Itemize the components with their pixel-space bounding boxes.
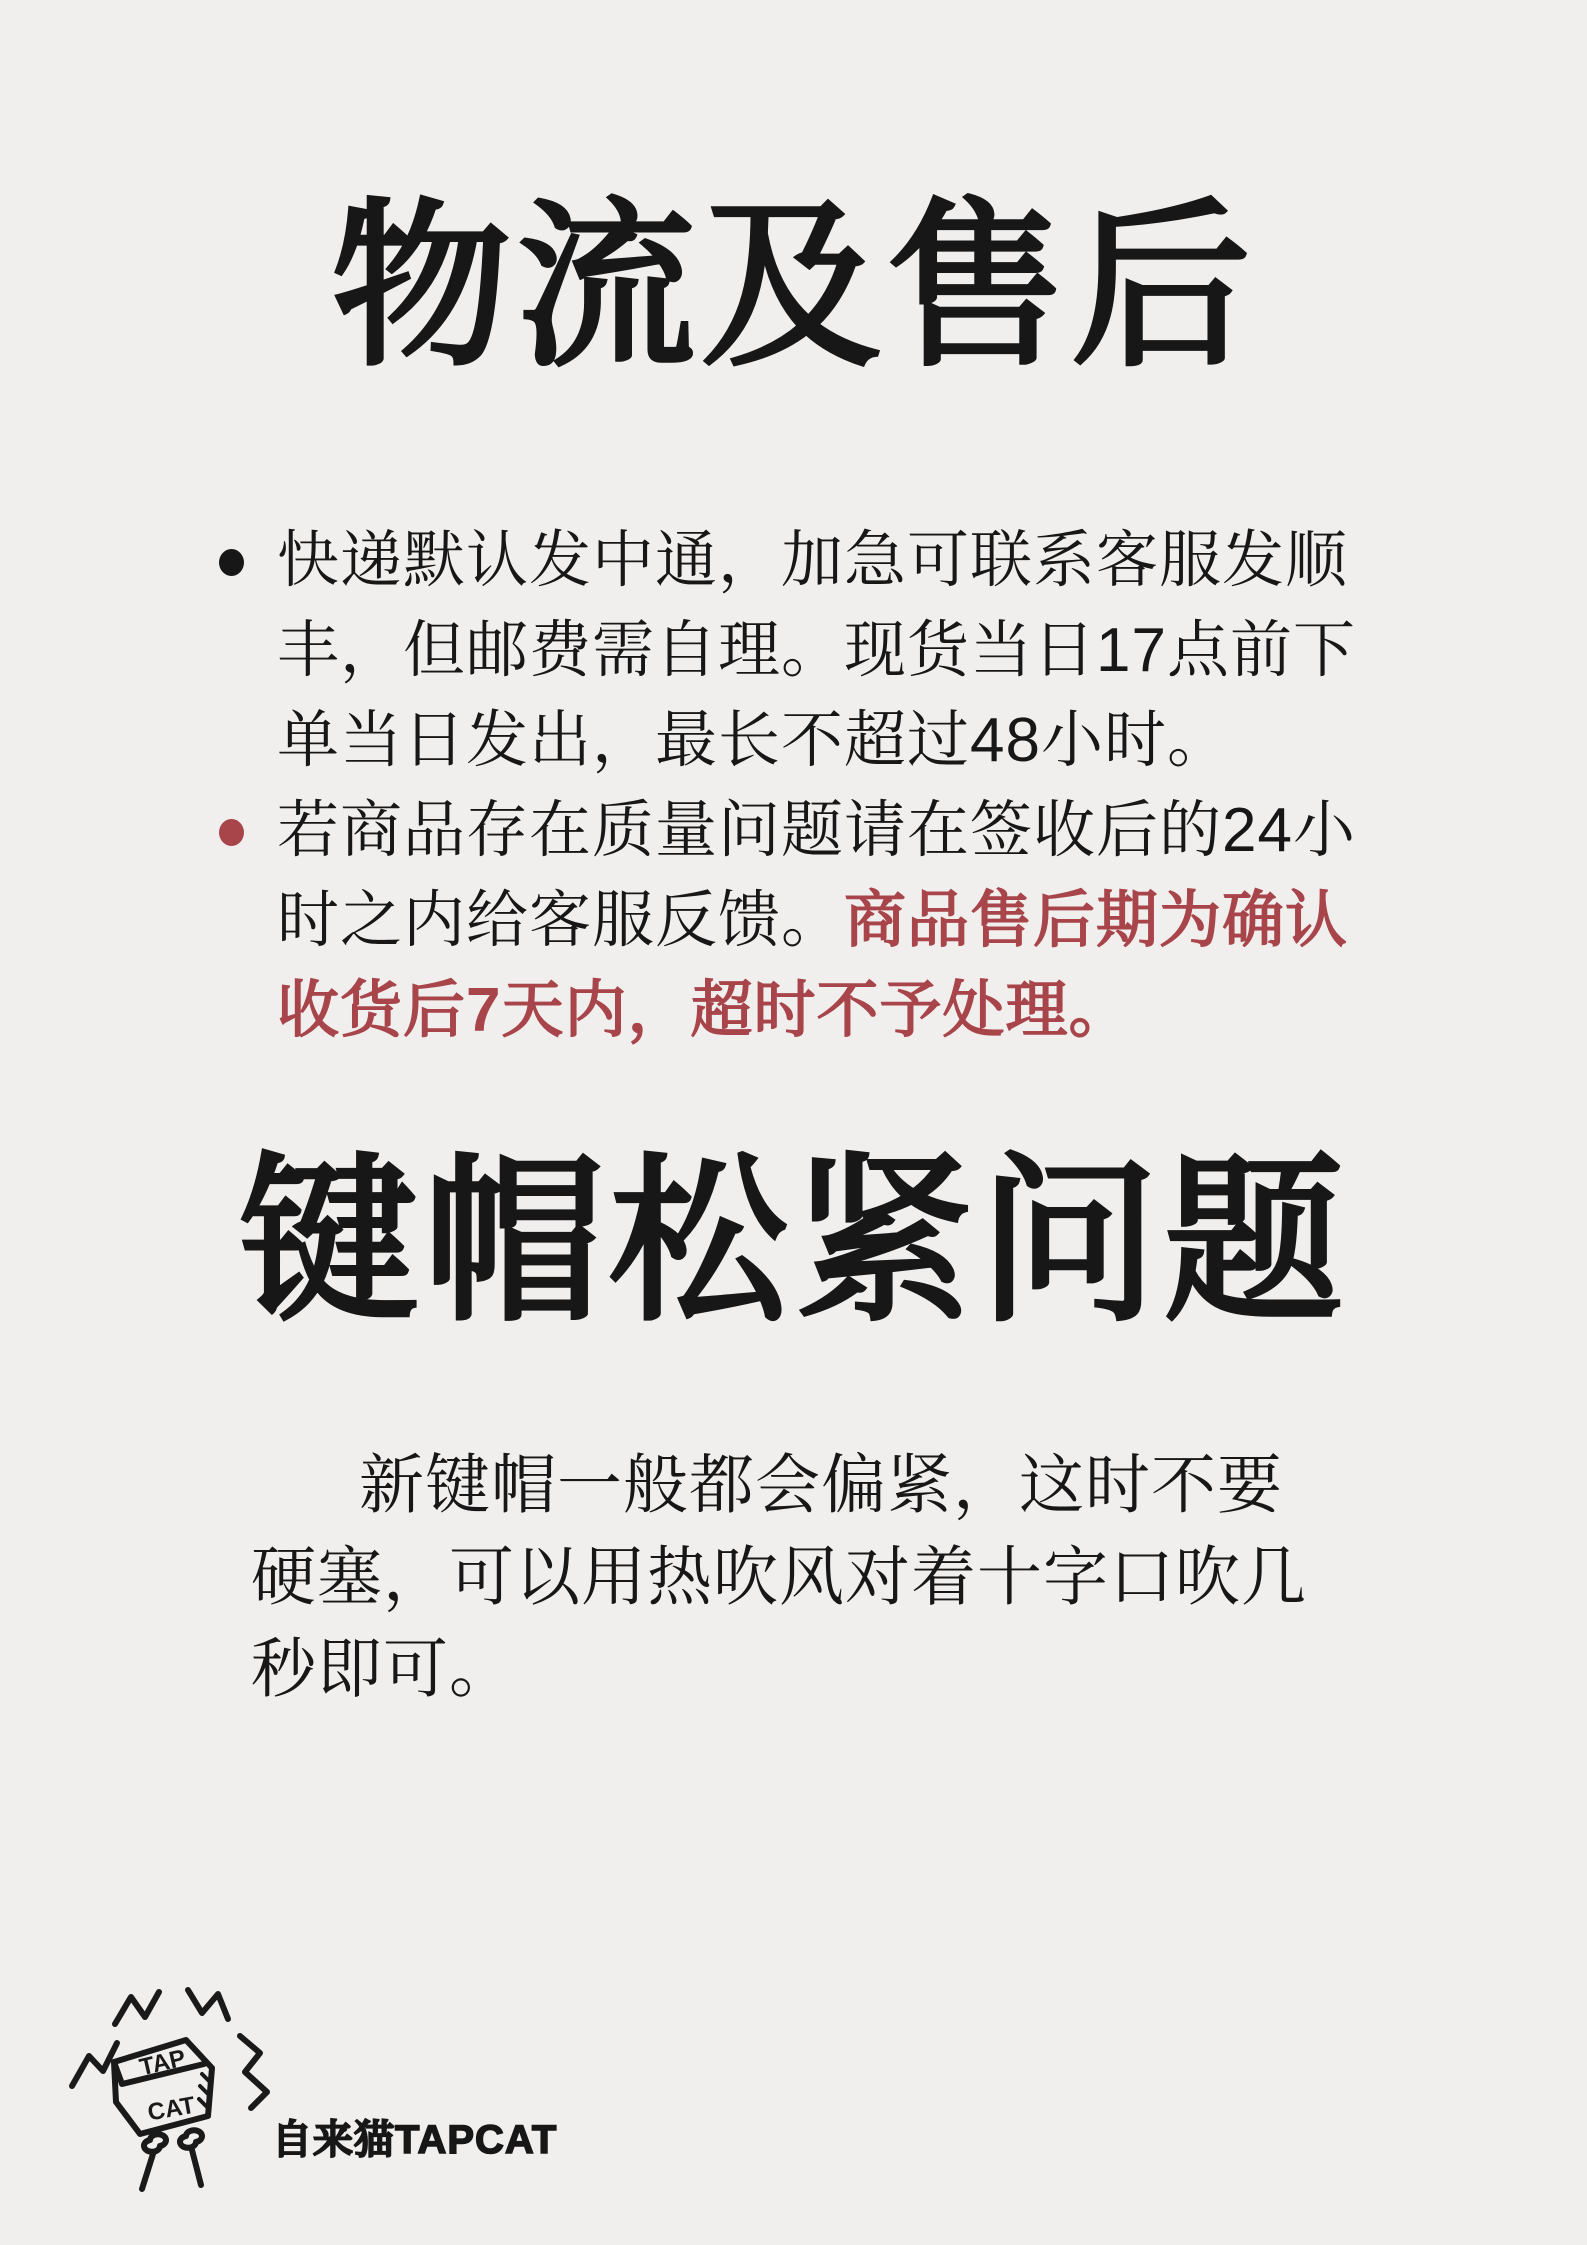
paragraph-line: 秒即可。 <box>251 1623 1587 1715</box>
logistics-bullet-list: 快递默认发中通，加急可联系客服发顺丰，但邮费需自理。现货当日17点前下单当日发出… <box>206 516 1587 1056</box>
poster-page: 物流及售后 快递默认发中通，加急可联系客服发顺丰，但邮费需自理。现货当日17点前… <box>0 0 1587 2245</box>
keycap-title: 键帽松紧问题 <box>0 1153 1587 1333</box>
bullet-line: 丰，但邮费需自理。现货当日17点前下 <box>277 606 1587 696</box>
bullet-line: 单当日发出，最长不超过48小时。 <box>277 696 1587 786</box>
zigzag-left-icon <box>72 2043 117 2086</box>
bullet-line: 收货后7天内，超时不予处理。 <box>277 966 1587 1056</box>
zigzag-right-icon <box>240 2036 267 2108</box>
brand-name: 自来猫TAPCAT <box>272 2116 557 2164</box>
bullet-item: 若商品存在质量问题请在签收后的24小时之内给客服反馈。商品售后期为确认收货后7天… <box>206 786 1587 1056</box>
keycap-left-leg <box>142 2134 166 2189</box>
bullet-line: 时之内给客服反馈。商品售后期为确认 <box>277 876 1587 966</box>
logistics-title: 物流及售后 <box>0 0 1587 378</box>
bullet-dot <box>219 549 244 576</box>
bullet-item: 快递默认发中通，加急可联系客服发顺丰，但邮费需自理。现货当日17点前下单当日发出… <box>206 516 1587 786</box>
zigzag-top-left-icon <box>115 1992 159 2024</box>
keycap-right-leg <box>180 2130 202 2185</box>
bullet-text: 若商品存在质量问题请在签收后的24小 <box>277 796 1356 865</box>
paragraph-line: 新键帽一般都会偏紧，这时不要 <box>251 1439 1587 1531</box>
bullet-text: 丰，但邮费需自理。现货当日17点前下 <box>277 616 1356 685</box>
bullet-text: 时之内给客服反馈。 <box>277 886 844 955</box>
zigzag-top-right-icon <box>188 1990 228 2019</box>
paragraph-line: 硬塞，可以用热吹风对着十字口吹几 <box>251 1531 1587 1623</box>
bullet-text-highlight: 收货后7天内，超时不予处理。 <box>277 976 1131 1045</box>
bullet-text: 单当日发出，最长不超过48小时。 <box>277 706 1230 775</box>
bullet-text: 快递默认发中通，加急可联系客服发顺 <box>277 526 1348 595</box>
bullet-line: 若商品存在质量问题请在签收后的24小 <box>277 786 1587 876</box>
keycap-doodle-logo: TAP CAT <box>58 1982 280 2197</box>
bullet-dot <box>219 819 244 846</box>
bullet-line: 快递默认发中通，加急可联系客服发顺 <box>277 516 1587 606</box>
keycap-paragraph: 新键帽一般都会偏紧，这时不要硬塞，可以用热吹风对着十字口吹几秒即可。 <box>251 1439 1587 1715</box>
bullet-text-highlight: 商品售后期为确认 <box>844 886 1348 955</box>
